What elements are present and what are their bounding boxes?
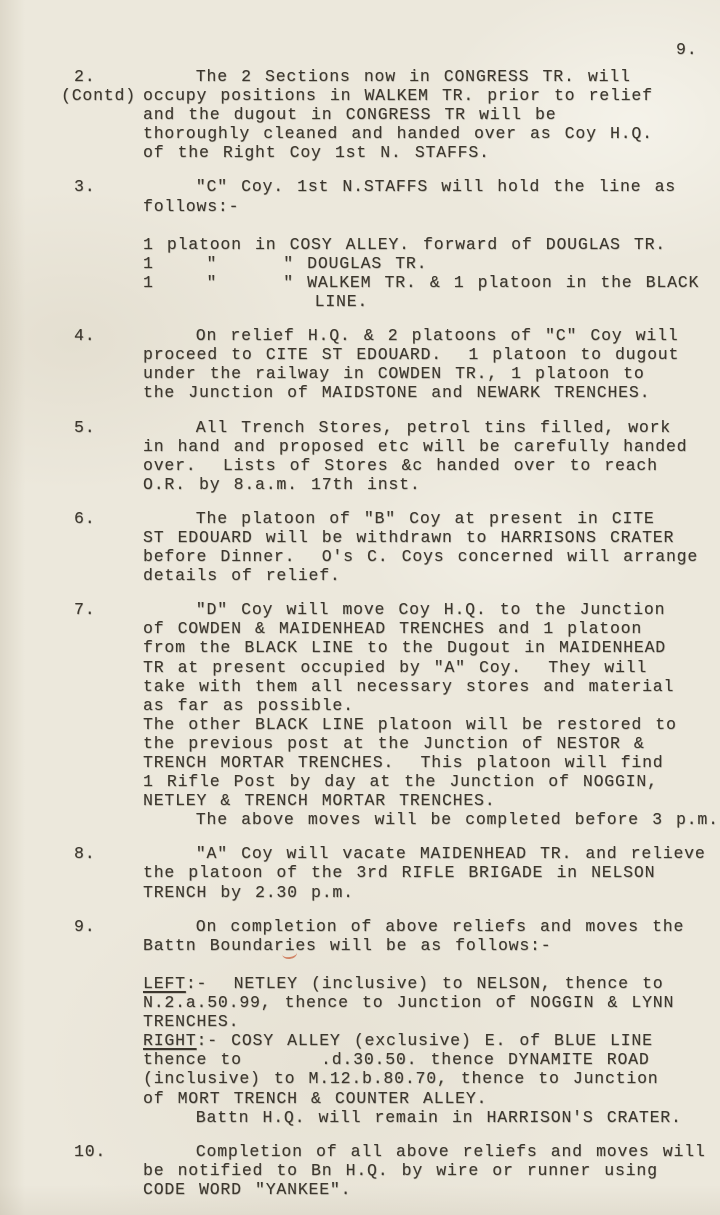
- text-line: Battn H.Q. will remain in HARRISON'S CRA…: [143, 1108, 720, 1127]
- section-body: The 2 Sections now in CONGRESS TR. willo…: [143, 67, 720, 162]
- text-line: thoroughly cleaned and handed over as Co…: [143, 124, 720, 143]
- text-line: from the BLACK LINE to the Dugout in MAI…: [143, 638, 720, 657]
- text-line: of COWDEN & MAIDENHEAD TRENCHES and 1 pl…: [143, 619, 720, 638]
- section-number: 10.: [74, 1142, 143, 1161]
- text-line: "D" Coy will move Coy H.Q. to the Juncti…: [143, 600, 720, 619]
- text-line: be notified to Bn H.Q. by wire or runner…: [143, 1161, 720, 1180]
- text-line: details of relief.: [143, 566, 720, 585]
- text-line: 1 " " DOUGLAS TR.: [143, 254, 720, 273]
- text-line: and the dugout in CONGRESS TR will be: [143, 105, 720, 124]
- text-line: as far as possible.: [143, 696, 720, 715]
- text-line: of the Right Coy 1st N. STAFFS.: [143, 143, 720, 162]
- section-number-note: (Contd): [61, 86, 143, 105]
- text-line: "C" Coy. 1st N.STAFFS will hold the line…: [143, 177, 720, 196]
- section-number: 4.: [74, 326, 143, 345]
- text-line: 1 Rifle Post by day at the Junction of N…: [143, 772, 720, 791]
- section-number-cell: 5.: [0, 418, 143, 494]
- text-line: All Trench Stores, petrol tins filled, w…: [143, 418, 720, 437]
- order-section: 4. On relief H.Q. & 2 platoons of "C" Co…: [0, 326, 720, 402]
- text-line: The 2 Sections now in CONGRESS TR. will: [143, 67, 720, 86]
- text-line: TRENCH by 2.30 p.m.: [143, 883, 720, 902]
- order-section: 9. On completion of above reliefs and mo…: [0, 917, 720, 1127]
- section-number-cell: 10.: [0, 1142, 143, 1199]
- underlined-heading: RIGHT: [143, 1031, 197, 1050]
- text-line: proceed to CITE ST EDOUARD. 1 platoon to…: [143, 345, 720, 364]
- order-section: 10. Completion of all above reliefs and …: [0, 1142, 720, 1199]
- section-number: 5.: [74, 418, 143, 437]
- page-number: 9.: [676, 40, 697, 59]
- text-line: N.2.a.50.99, thence to Junction of NOGGI…: [143, 993, 720, 1012]
- section-number-cell: 9.: [0, 917, 143, 1127]
- section-number-cell: 8.: [0, 844, 143, 901]
- text-line: occupy positions in WALKEM TR. prior to …: [143, 86, 720, 105]
- text-line: 1 platoon in COSY ALLEY. forward of DOUG…: [143, 235, 720, 254]
- text-line: of MORT TRENCH & COUNTER ALLEY.: [143, 1089, 720, 1108]
- text-line: Battn Boundaries will be as follows:-: [143, 936, 720, 955]
- order-section: 8. "A" Coy will vacate MAIDENHEAD TR. an…: [0, 844, 720, 901]
- text-line: LEFT:- NETLEY (inclusive) to NELSON, the…: [143, 974, 720, 993]
- text-line: [143, 955, 720, 974]
- text-line: RIGHT:- COSY ALLEY (exclusive) E. of BLU…: [143, 1031, 720, 1050]
- section-number: 8.: [74, 844, 143, 863]
- text-line: before Dinner. O's C. Coys concerned wil…: [143, 547, 720, 566]
- text-line: TR at present occupied by "A" Coy. They …: [143, 658, 720, 677]
- order-sections: 2.(Contd) The 2 Sections now in CONGRESS…: [0, 67, 720, 1214]
- section-body: The platoon of "B" Coy at present in CIT…: [143, 509, 720, 585]
- section-body: Completion of all above reliefs and move…: [143, 1142, 720, 1199]
- text-segment: :- NETLEY (inclusive) to NELSON, thence …: [186, 974, 664, 993]
- text-line: follows:-: [143, 197, 720, 216]
- text-line: "A" Coy will vacate MAIDENHEAD TR. and r…: [143, 844, 720, 863]
- section-number: 2.: [74, 67, 143, 86]
- section-body: On relief H.Q. & 2 platoons of "C" Coy w…: [143, 326, 720, 402]
- text-line: NETLEY & TRENCH MORTAR TRENCHES.: [143, 791, 720, 810]
- text-segment: :- COSY ALLEY (exclusive) E. of BLUE LIN…: [197, 1031, 653, 1050]
- section-number: 6.: [74, 509, 143, 528]
- order-section: 7. "D" Coy will move Coy H.Q. to the Jun…: [0, 600, 720, 829]
- document-page: 9. 2.(Contd) The 2 Sections now in CONGR…: [0, 0, 720, 1215]
- text-line: over. Lists of Stores &c handed over to …: [143, 456, 720, 475]
- order-section: 6. The platoon of "B" Coy at present in …: [0, 509, 720, 585]
- text-line: the Junction of MAIDSTONE and NEWARK TRE…: [143, 383, 720, 402]
- section-body: All Trench Stores, petrol tins filled, w…: [143, 418, 720, 494]
- text-line: TRENCHES.: [143, 1012, 720, 1031]
- text-line: CODE WORD "YANKEE".: [143, 1180, 720, 1199]
- section-body: "C" Coy. 1st N.STAFFS will hold the line…: [143, 177, 720, 311]
- text-line: Completion of all above reliefs and move…: [143, 1142, 720, 1161]
- text-line: The other BLACK LINE platoon will be res…: [143, 715, 720, 734]
- underlined-heading: LEFT: [143, 974, 186, 993]
- text-line: [143, 216, 720, 235]
- text-line: the platoon of the 3rd RIFLE BRIGADE in …: [143, 863, 720, 882]
- section-number-cell: 6.: [0, 509, 143, 585]
- text-line: under the railway in COWDEN TR., 1 plato…: [143, 364, 720, 383]
- text-line: On relief H.Q. & 2 platoons of "C" Coy w…: [143, 326, 720, 345]
- section-number: 3.: [74, 177, 143, 196]
- text-line: The above moves will be completed before…: [143, 810, 720, 829]
- section-number-cell: 2.(Contd): [0, 67, 143, 162]
- section-body: "D" Coy will move Coy H.Q. to the Juncti…: [143, 600, 720, 829]
- text-line: the previous post at the Junction of NES…: [143, 734, 720, 753]
- text-line: (inclusive) to M.12.b.80.70, thence to J…: [143, 1069, 720, 1088]
- text-line: O.R. by 8.a.m. 17th inst.: [143, 475, 720, 494]
- text-line: take with them all necessary stores and …: [143, 677, 720, 696]
- text-line: On completion of above reliefs and moves…: [143, 917, 720, 936]
- section-number-cell: 7.: [0, 600, 143, 829]
- section-number: 7.: [74, 600, 143, 619]
- text-line: in hand and proposed etc will be careful…: [143, 437, 720, 456]
- text-line: LINE.: [143, 292, 720, 311]
- order-section: 2.(Contd) The 2 Sections now in CONGRESS…: [0, 67, 720, 162]
- text-line: ST EDOUARD will be withdrawn to HARRISON…: [143, 528, 720, 547]
- section-body: On completion of above reliefs and moves…: [143, 917, 720, 1127]
- text-line: 1 " " WALKEM TR. & 1 platoon in the BLAC…: [143, 273, 720, 292]
- section-number-cell: 3.: [0, 177, 143, 311]
- order-section: 5. All Trench Stores, petrol tins filled…: [0, 418, 720, 494]
- text-line: The platoon of "B" Coy at present in CIT…: [143, 509, 720, 528]
- order-section: 3. "C" Coy. 1st N.STAFFS will hold the l…: [0, 177, 720, 311]
- text-line: thence to .d.30.50. thence DYNAMITE ROAD: [143, 1050, 720, 1069]
- section-body: "A" Coy will vacate MAIDENHEAD TR. and r…: [143, 844, 720, 901]
- section-number-cell: 4.: [0, 326, 143, 402]
- text-line: TRENCH MORTAR TRENCHES. This platoon wil…: [143, 753, 720, 772]
- section-number: 9.: [74, 917, 143, 936]
